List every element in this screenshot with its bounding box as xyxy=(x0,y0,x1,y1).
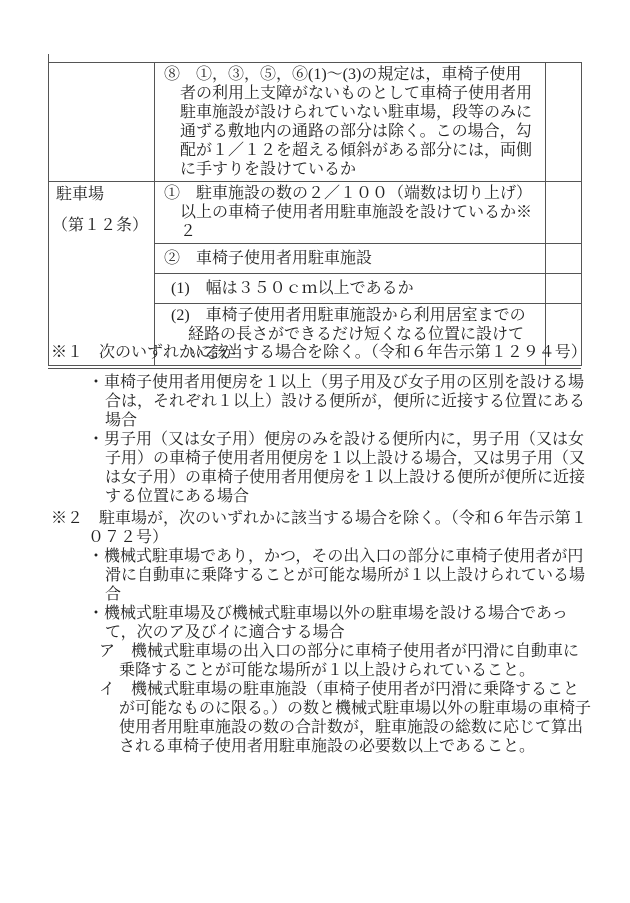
note-2-sub-i: イ 機械式駐車場の駐車施設（車椅子使用者が円滑に乗降することが可能なものに限る。… xyxy=(99,680,591,756)
check-column-cell xyxy=(546,63,582,182)
check-column-cell xyxy=(546,274,582,304)
note-2-heading: ※２ 駐車場が，次のいずれかに該当する場合を除く。（令和６年告示第１０７２号） xyxy=(51,509,591,547)
note-2-sub-i-text: 機械式駐車場の駐車施設（車椅子使用者が円滑に乗降することが可能なものに限る。）の… xyxy=(119,681,591,755)
note-2-heading-text: 駐車場が，次のいずれかに該当する場合を除く。（令和６年告示第１０７２号） xyxy=(88,510,587,546)
table-row-continuation: ⑧ ①，③，⑤，⑥(1)～(3)の規定は，車椅子使用者の利用上支障がないものとし… xyxy=(49,63,582,182)
note-2-sub-a: ア 機械式駐車場の出入口の部分に車椅子使用者が円滑に自動車に乗降することが可能な… xyxy=(99,642,591,680)
item-1-text: ① 駐車施設の数の２／１００（端数は切り上げ）以上の車椅子使用者用駐車施設を設け… xyxy=(164,184,537,241)
item-cell-2-1: (1) 幅は３５０ｃｍ以上であるか xyxy=(155,274,546,304)
section-article: （第１２条） xyxy=(52,216,150,235)
accessibility-checklist-table: ⑧ ①，③，⑤，⑥(1)～(3)の規定は，車椅子使用者の利用上支障がないものとし… xyxy=(48,62,582,366)
note-2-item-1: ・機械式駐車場であり，かつ，その出入口の部分に車椅子使用者が円滑に自動車に乗降す… xyxy=(88,547,591,604)
note-2-item-2: ・機械式駐車場及び機械式駐車場以外の駐車場を設ける場合であって，次のア及びイに適… xyxy=(88,604,591,642)
item-2-text: ② 車椅子使用者用駐車施設 xyxy=(164,249,537,268)
note-2-sub-a-label: ア xyxy=(99,643,131,660)
note-2-sub-i-label: イ xyxy=(99,681,131,698)
note-1-label: ※１ xyxy=(51,344,99,361)
check-column-cell xyxy=(546,182,582,244)
section-cell-empty xyxy=(49,63,155,182)
checklist-table-wrap: ⑧ ①，③，⑤，⑥(1)～(3)の規定は，車椅子使用者の利用上支障がないものとし… xyxy=(48,62,581,369)
table-row: 駐車場 （第１２条） ① 駐車施設の数の２／１００（端数は切り上げ）以上の車椅子… xyxy=(49,182,582,244)
note-1: ※１ 次のいずれかに該当する場合を除く。（令和６年告示第１２９４号） ・車椅子使… xyxy=(51,341,591,506)
note-1-heading-text: 次のいずれかに該当する場合を除く。（令和６年告示第１２９４号） xyxy=(99,344,587,361)
item-8-text: ⑧ ①，③，⑤，⑥(1)～(3)の規定は，車椅子使用者の利用上支障がないものとし… xyxy=(164,65,537,179)
section-title: 駐車場 xyxy=(56,185,150,204)
note-2-sub-a-text: 機械式駐車場の出入口の部分に車椅子使用者が円滑に自動車に乗降することが可能な場所… xyxy=(119,643,579,679)
note-2: ※２ 駐車場が，次のいずれかに該当する場合を除く。（令和６年告示第１０７２号） … xyxy=(51,509,591,756)
note-2-label: ※２ xyxy=(51,510,99,527)
section-cell-parking: 駐車場 （第１２条） xyxy=(49,182,155,366)
note-1-item-2: ・男子用（又は女子用）便房のみを設ける便所内に，男子用（又は女子用）の車椅子使用… xyxy=(88,430,591,506)
check-column-cell xyxy=(546,244,582,274)
note-1-item-1: ・車椅子使用者用便房を１以上（男子用及び女子用の区別を設ける場合は，それぞれ１以… xyxy=(88,373,591,430)
note-1-heading: ※１ 次のいずれかに該当する場合を除く。（令和６年告示第１２９４号） xyxy=(51,341,591,364)
item-cell-8: ⑧ ①，③，⑤，⑥(1)～(3)の規定は，車椅子使用者の利用上支障がないものとし… xyxy=(155,63,546,182)
notes-section: ※１ 次のいずれかに該当する場合を除く。（令和６年告示第１２９４号） ・車椅子使… xyxy=(51,341,591,756)
item-2-1-text: (1) 幅は３５０ｃｍ以上であるか xyxy=(171,279,537,298)
item-cell-2: ② 車椅子使用者用駐車施設 xyxy=(155,244,546,274)
document-page: ⑧ ①，③，⑤，⑥(1)～(3)の規定は，車椅子使用者の利用上支障がないものとし… xyxy=(0,0,630,903)
item-cell-1: ① 駐車施設の数の２／１００（端数は切り上げ）以上の車椅子使用者用駐車施設を設け… xyxy=(155,182,546,244)
